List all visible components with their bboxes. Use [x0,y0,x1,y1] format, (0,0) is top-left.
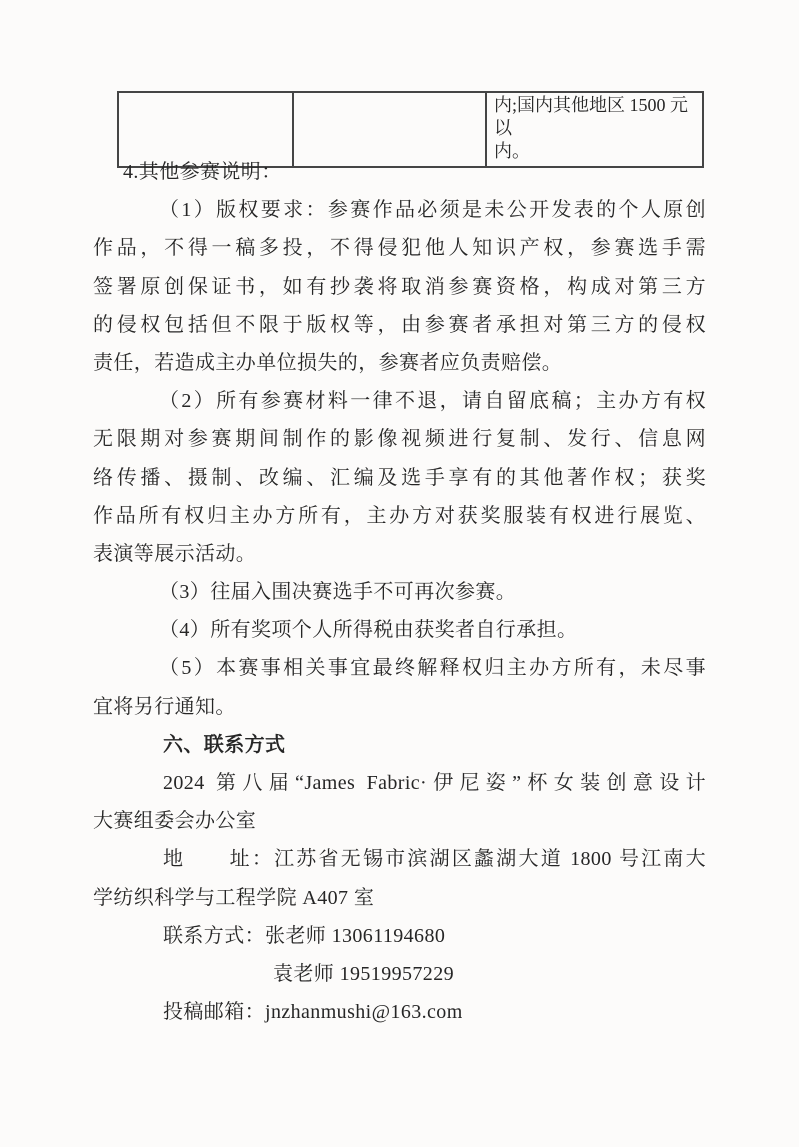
item-1-line-1: （1）版权要求：参赛作品必须是未公开发表的个人原创 [93,191,706,229]
item-5-line-2: 宜将另行通知。 [93,688,706,726]
item-1-line-4: 的侵权包括但不限于版权等，由参赛者承担对第三方的侵权 [93,306,706,344]
address-line-1: 地 址：江苏省无锡市滨湖区蠡湖大道 1800 号江南大 [93,840,706,878]
item-1-line-2: 作品，不得一稿多投，不得侵犯他人知识产权，参赛选手需 [93,229,706,267]
clause-4-heading: 4.其他参赛说明： [93,153,706,191]
section-6-heading: 六、联系方式 [93,726,706,764]
contact-phone-1: 联系方式：张老师 13061194680 [93,917,706,955]
item-2-line-3: 络传播、摄制、改编、汇编及选手享有的其他著作权；获奖 [93,459,706,497]
item-5-line-1: （5）本赛事相关事宜最终解释权归主办方所有，未尽事 [93,649,706,687]
item-3: （3）往届入围决赛选手不可再次参赛。 [93,573,706,611]
organizer-line-2: 大赛组委会办公室 [93,802,706,840]
item-4: （4）所有奖项个人所得税由获奖者自行承担。 [93,611,706,649]
item-1-line-5: 责任，若造成主办单位损失的，参赛者应负责赔偿。 [93,344,706,382]
item-2-line-5: 表演等展示活动。 [93,535,706,573]
contact-phone-2: 袁老师 19519957229 [93,955,706,993]
organizer-line-1: 2024 第八届“James Fabric·伊尼姿”杯女装创意设计 [93,764,706,802]
document-body: 4.其他参赛说明：（1）版权要求：参赛作品必须是未公开发表的个人原创作品，不得一… [93,153,706,1031]
item-1-line-3: 签署原创保证书，如有抄袭将取消参赛资格，构成对第三方 [93,268,706,306]
item-2-line-2: 无限期对参赛期间制作的影像视频进行复制、发行、信息网 [93,420,706,458]
document-page: 内;国内其他地区 1500 元以 内。 4.其他参赛说明：（1）版权要求：参赛作… [0,0,799,1147]
item-2-line-4: 作品所有权归主办方所有，主办方对获奖服装有权进行展览、 [93,497,706,535]
address-line-2: 学纺织科学与工程学院 A407 室 [93,879,706,917]
item-2-line-1: （2）所有参赛材料一律不退，请自留底稿；主办方有权 [93,382,706,420]
email: 投稿邮箱：jnzhanmushi@163.com [93,993,706,1031]
